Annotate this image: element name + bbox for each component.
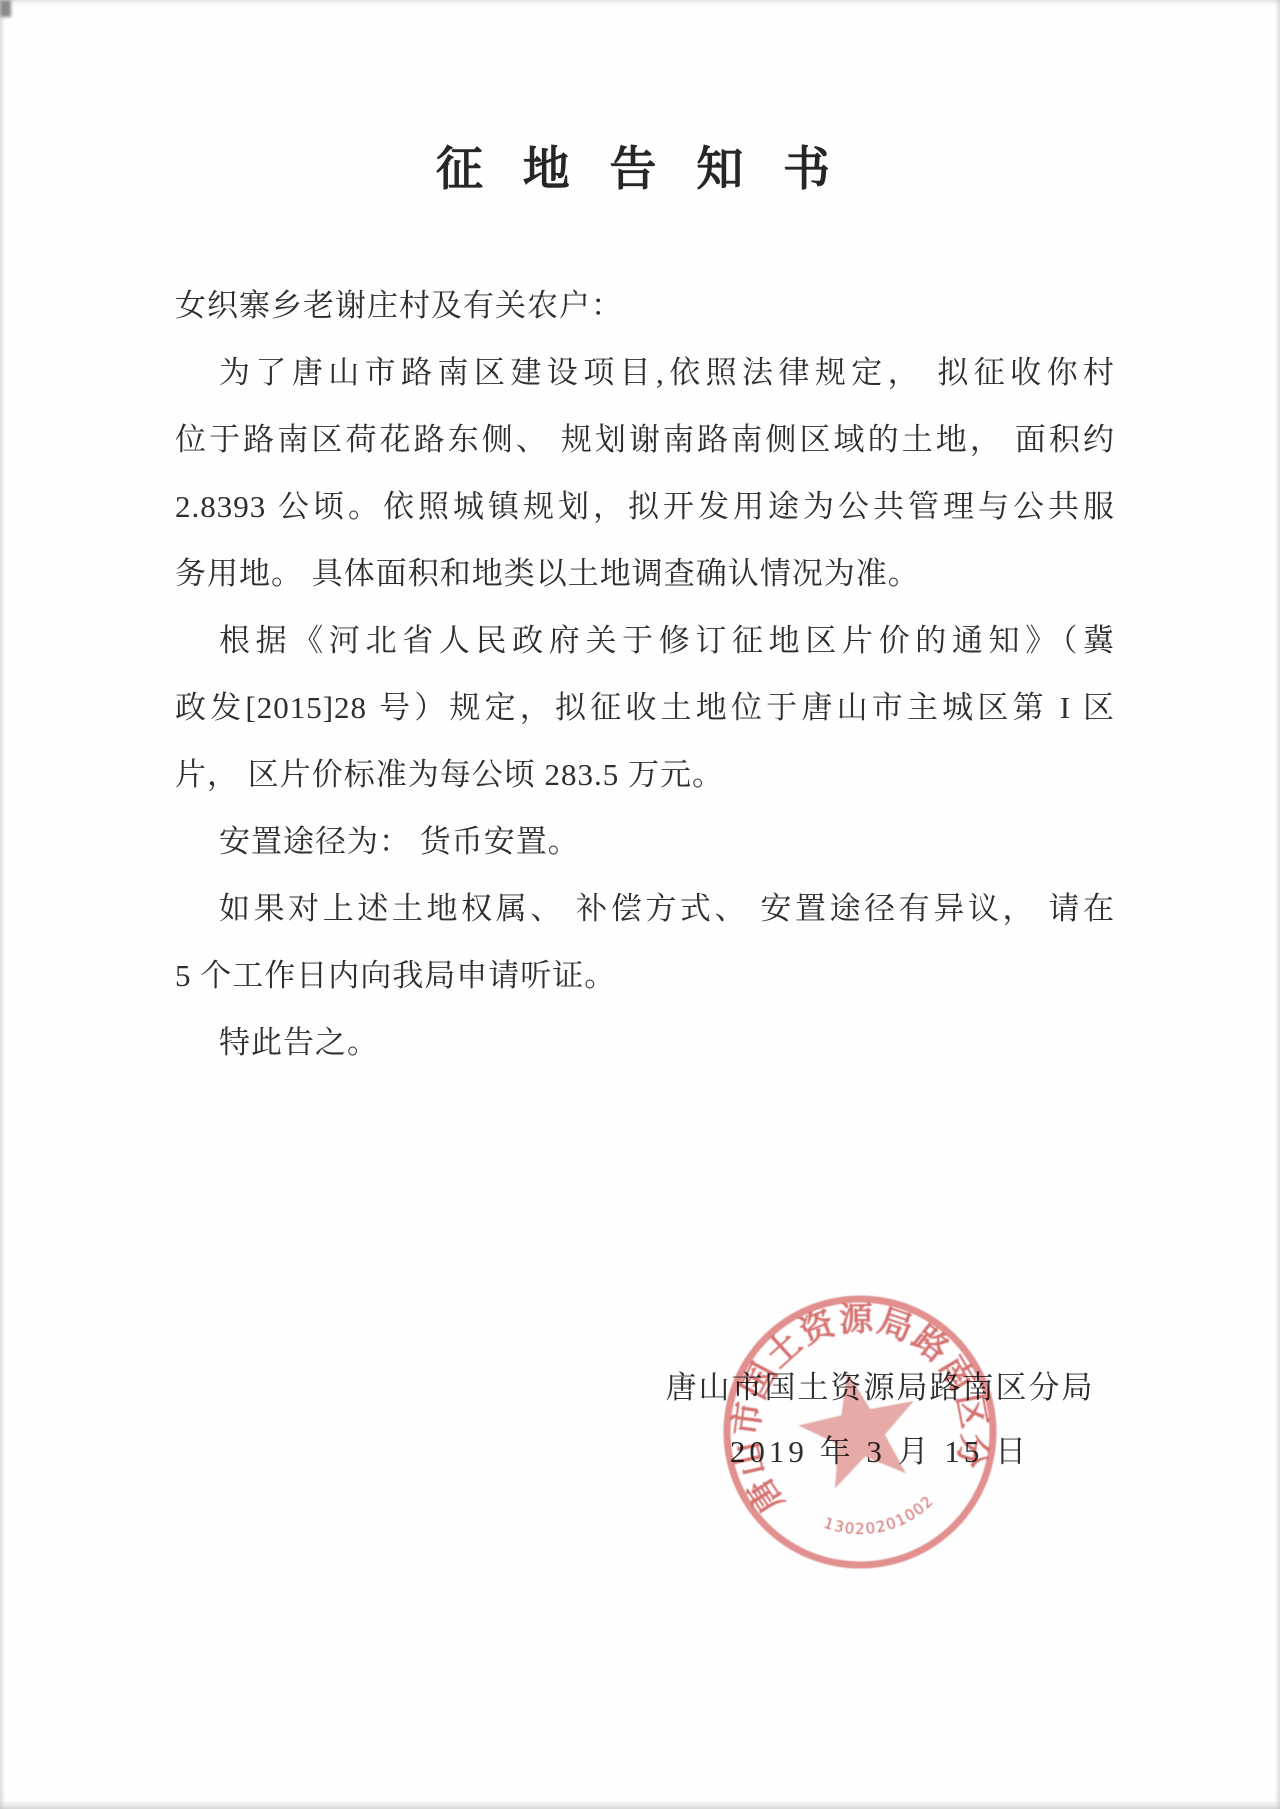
issuing-authority: 唐山市国土资源局路南区分局 (600, 1356, 1160, 1420)
body-line: 根据《河北省人民政府关于修订征地区片价的通知》（冀 (175, 607, 1115, 674)
body-line: 5 个工作日内向我局申请听证。 (175, 942, 1115, 1009)
body-line: 政发[2015]28 号）规定，拟征收土地位于唐山市主城区第 I 区 (175, 674, 1115, 741)
page-title: 征 地 告 知 书 (0, 132, 1280, 199)
document-body: 女织寨乡老谢庄村及有关农户： 为了唐山市路南区建设项目,依照法律规定， 拟征收你… (175, 272, 1115, 1076)
body-line: 特此告之。 (175, 1009, 1115, 1076)
body-line: 安置途径为： 货币安置。 (175, 808, 1115, 875)
salutation: 女织寨乡老谢庄村及有关农户： (175, 272, 1115, 339)
body-line: 2.8393 公顷。依照城镇规划，拟开发用途为公共管理与公共服 (175, 473, 1115, 540)
signature-block: 唐山市国土资源局路南区分局 2019 年 3 月 15 日 (600, 1356, 1160, 1484)
body-line: 片， 区片价标准为每公顷 283.5 万元。 (175, 741, 1115, 808)
scan-artifact (0, 0, 11, 17)
document-page: 征 地 告 知 书 女织寨乡老谢庄村及有关农户： 为了唐山市路南区建设项目,依照… (0, 0, 1280, 1809)
body-line: 为了唐山市路南区建设项目,依照法律规定， 拟征收你村 (175, 339, 1115, 406)
body-line: 位于路南区荷花路东侧、 规划谢南路南侧区域的土地， 面积约 (175, 406, 1115, 473)
issue-date: 2019 年 3 月 15 日 (600, 1420, 1160, 1484)
body-line: 如果对上述土地权属、 补偿方式、 安置途径有异议， 请在 (175, 875, 1115, 942)
body-line: 务用地。 具体面积和地类以土地调查确认情况为准。 (175, 540, 1115, 607)
